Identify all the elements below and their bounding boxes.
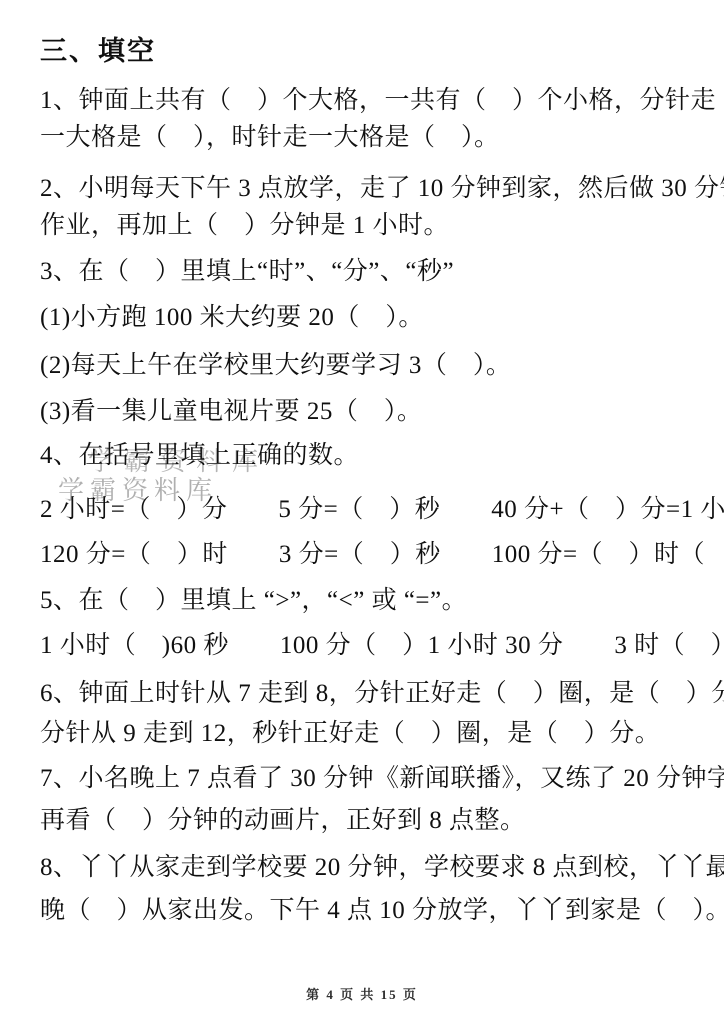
question-6-line-1: 6、钟面上时针从 7 走到 8，分针正好走（ ）圈，是（ ）分； xyxy=(40,679,724,709)
question-3-item-3: (3)看一集儿童电视片要 25（ ）。 xyxy=(40,397,422,427)
question-7-line-1: 7、小名晚上 7 点看了 30 分钟《新闻联播》，又练了 20 分钟字， xyxy=(40,764,724,794)
question-8-line-2: 晚（ ）从家出发。下午 4 点 10 分放学，丫丫到家是（ ）。 xyxy=(40,896,724,926)
question-5-row: 1 小时（ )60 秒 100 分（ ）1 小时 30 分 3 时（ ）299 … xyxy=(40,631,724,661)
section-heading: 三、填空 xyxy=(40,36,156,66)
question-8-line-1: 8、丫丫从家走到学校要 20 分钟，学校要求 8 点到校，丫丫最 xyxy=(40,853,724,883)
question-2-line-1: 2、小明每天下午 3 点放学，走了 10 分钟到家，然后做 30 分钟 xyxy=(40,174,724,204)
question-3-item-2: (2)每天上午在学校里大约要学习 3（ ）。 xyxy=(40,351,511,381)
question-4-row-2: 120 分=（ ）时 3 分=（ ）秒 100 分=（ ）时（ ）分 xyxy=(40,540,724,570)
page-footer: 第 4 页 共 15 页 xyxy=(0,984,724,1003)
question-6-line-2: 分针从 9 走到 12，秒针正好走（ ）圈，是（ ）分。 xyxy=(40,719,660,749)
question-3-item-1: (1)小方跑 100 米大约要 20（ ）。 xyxy=(40,303,424,333)
question-4-row-1: 2 小时=（ ）分 5 分=（ ）秒 40 分+（ ）分=1 小时 xyxy=(40,495,724,525)
question-5-intro: 5、在（ ）里填上 “>”，“<” 或 “=”。 xyxy=(40,586,467,616)
worksheet-page: 三、填空 1、钟面上共有（ ）个大格，一共有（ ）个小格，分针走 一大格是（ ）… xyxy=(0,0,724,1024)
question-2-line-2: 作业，再加上（ ）分钟是 1 小时。 xyxy=(40,211,449,241)
question-1-line-1: 1、钟面上共有（ ）个大格，一共有（ ）个小格，分针走 xyxy=(40,86,716,116)
question-7-line-2: 再看（ ）分钟的动画片，正好到 8 点整。 xyxy=(40,806,526,836)
question-1-line-2: 一大格是（ ），时针走一大格是（ ）。 xyxy=(40,123,500,153)
question-4-intro: 4、在括号里填上正确的数。 xyxy=(40,441,359,471)
question-3-intro: 3、在（ ）里填上“时”、“分”、“秒” xyxy=(40,257,454,287)
